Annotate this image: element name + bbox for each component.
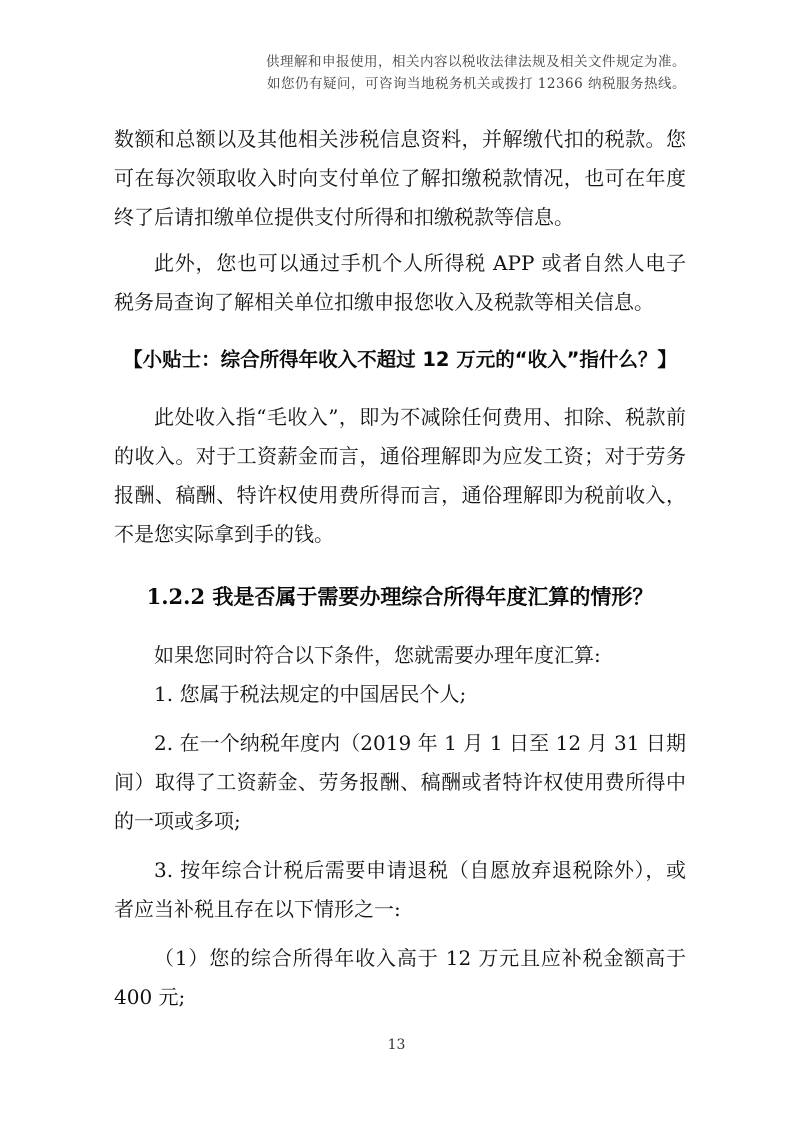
page-footer: 13 bbox=[0, 1037, 793, 1053]
paragraph-app-query: 此外，您也可以通过手机个人所得税 APP 或者自然人电子税务局查询了解相关单位扣… bbox=[114, 244, 686, 322]
page-header-disclaimer: 供理解和申报使用，相关内容以税收法律法规及相关文件规定为准。 如您仍有疑问，可咨… bbox=[266, 51, 686, 95]
paragraph-conditions-intro: 如果您同时符合以下条件，您就需要办理年度汇算: bbox=[114, 636, 686, 675]
condition-item-1: 1. 您属于税法规定的中国居民个人; bbox=[114, 675, 686, 714]
paragraph-gross-income: 此处收入指“毛收入”，即为不减除任何费用、扣除、税款前的收入。对于工资薪金而言，… bbox=[114, 398, 686, 554]
condition-item-3-sub-1: （1）您的综合所得年收入高于 12 万元且应补税金额高于 400 元; bbox=[114, 939, 686, 1017]
page-content: 数额和总额以及其他相关涉税信息资料，并解缴代扣的税款。您可在每次领取收入时向支付… bbox=[114, 120, 686, 1027]
disclaimer-line-1: 供理解和申报使用，相关内容以税收法律法规及相关文件规定为准。 bbox=[266, 51, 686, 73]
section-heading-1-2-2: 1.2.2 我是否属于需要办理综合所得年度汇算的情形？ bbox=[114, 581, 686, 613]
paragraph-continuation: 数额和总额以及其他相关涉税信息资料，并解缴代扣的税款。您可在每次领取收入时向支付… bbox=[114, 120, 686, 237]
tip-heading: 【小贴士：综合所得年收入不超过 12 万元的“收入”指什么？】 bbox=[114, 345, 686, 375]
condition-item-2: 2. 在一个纳税年度内（2019 年 1 月 1 日至 12 月 31 日期间）… bbox=[114, 724, 686, 841]
condition-item-3: 3. 按年综合计税后需要申请退税（自愿放弃退税除外），或者应当补税且存在以下情形… bbox=[114, 851, 686, 929]
page-number: 13 bbox=[388, 1037, 406, 1053]
document-page: 供理解和申报使用，相关内容以税收法律法规及相关文件规定为准。 如您仍有疑问，可咨… bbox=[0, 0, 793, 1122]
disclaimer-line-2: 如您仍有疑问，可咨询当地税务机关或拨打 12366 纳税服务热线。 bbox=[266, 73, 686, 95]
